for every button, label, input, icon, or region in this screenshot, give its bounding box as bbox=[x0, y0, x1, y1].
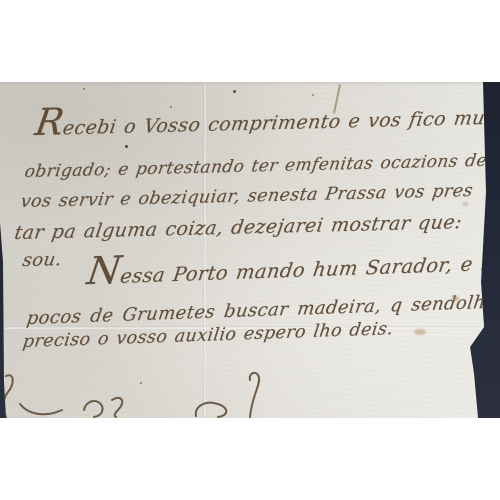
fold-crease-horizontal bbox=[0, 326, 500, 330]
fold-crease-vertical bbox=[203, 82, 207, 418]
ink-speck bbox=[170, 106, 172, 108]
ink-speck bbox=[125, 145, 128, 148]
page-background: Recebi o Vosso comprimento e vos fico mu… bbox=[0, 0, 500, 500]
paper-stain bbox=[452, 296, 459, 301]
manuscript-line: preciso o vosso auxilio espero lho deis. bbox=[22, 321, 395, 352]
manuscript-line: Nessa Porto mando hum Sarador, e huns bbox=[85, 253, 500, 288]
manuscript-line: tar pa alguma coiza, dezejarei mostrar q… bbox=[13, 213, 463, 243]
cutoff-line-strokes bbox=[0, 370, 320, 418]
ink-speck bbox=[233, 90, 236, 93]
ink-speck bbox=[140, 382, 142, 384]
manuscript-line: pocos de Grumetes buscar madeira, q send… bbox=[25, 293, 500, 328]
paper-stain bbox=[463, 202, 468, 206]
paper-stain bbox=[414, 329, 426, 335]
ink-speck bbox=[312, 94, 314, 96]
ink-speck bbox=[83, 88, 85, 90]
manuscript-paper: Recebi o Vosso comprimento e vos fico mu… bbox=[0, 82, 500, 418]
manuscript-line: vos servir e obeziquiar, senesta Prassa … bbox=[19, 183, 474, 212]
manuscript-line: obrigado; e portestando ter emfenitas oc… bbox=[23, 153, 488, 181]
manuscript-photo: Recebi o Vosso comprimento e vos fico mu… bbox=[0, 82, 500, 418]
manuscript-line: Recebi o Vosso comprimento e vos fico mu… bbox=[33, 108, 500, 139]
paper-fiber-mark bbox=[333, 84, 341, 114]
manuscript-line: sou. bbox=[21, 251, 63, 270]
